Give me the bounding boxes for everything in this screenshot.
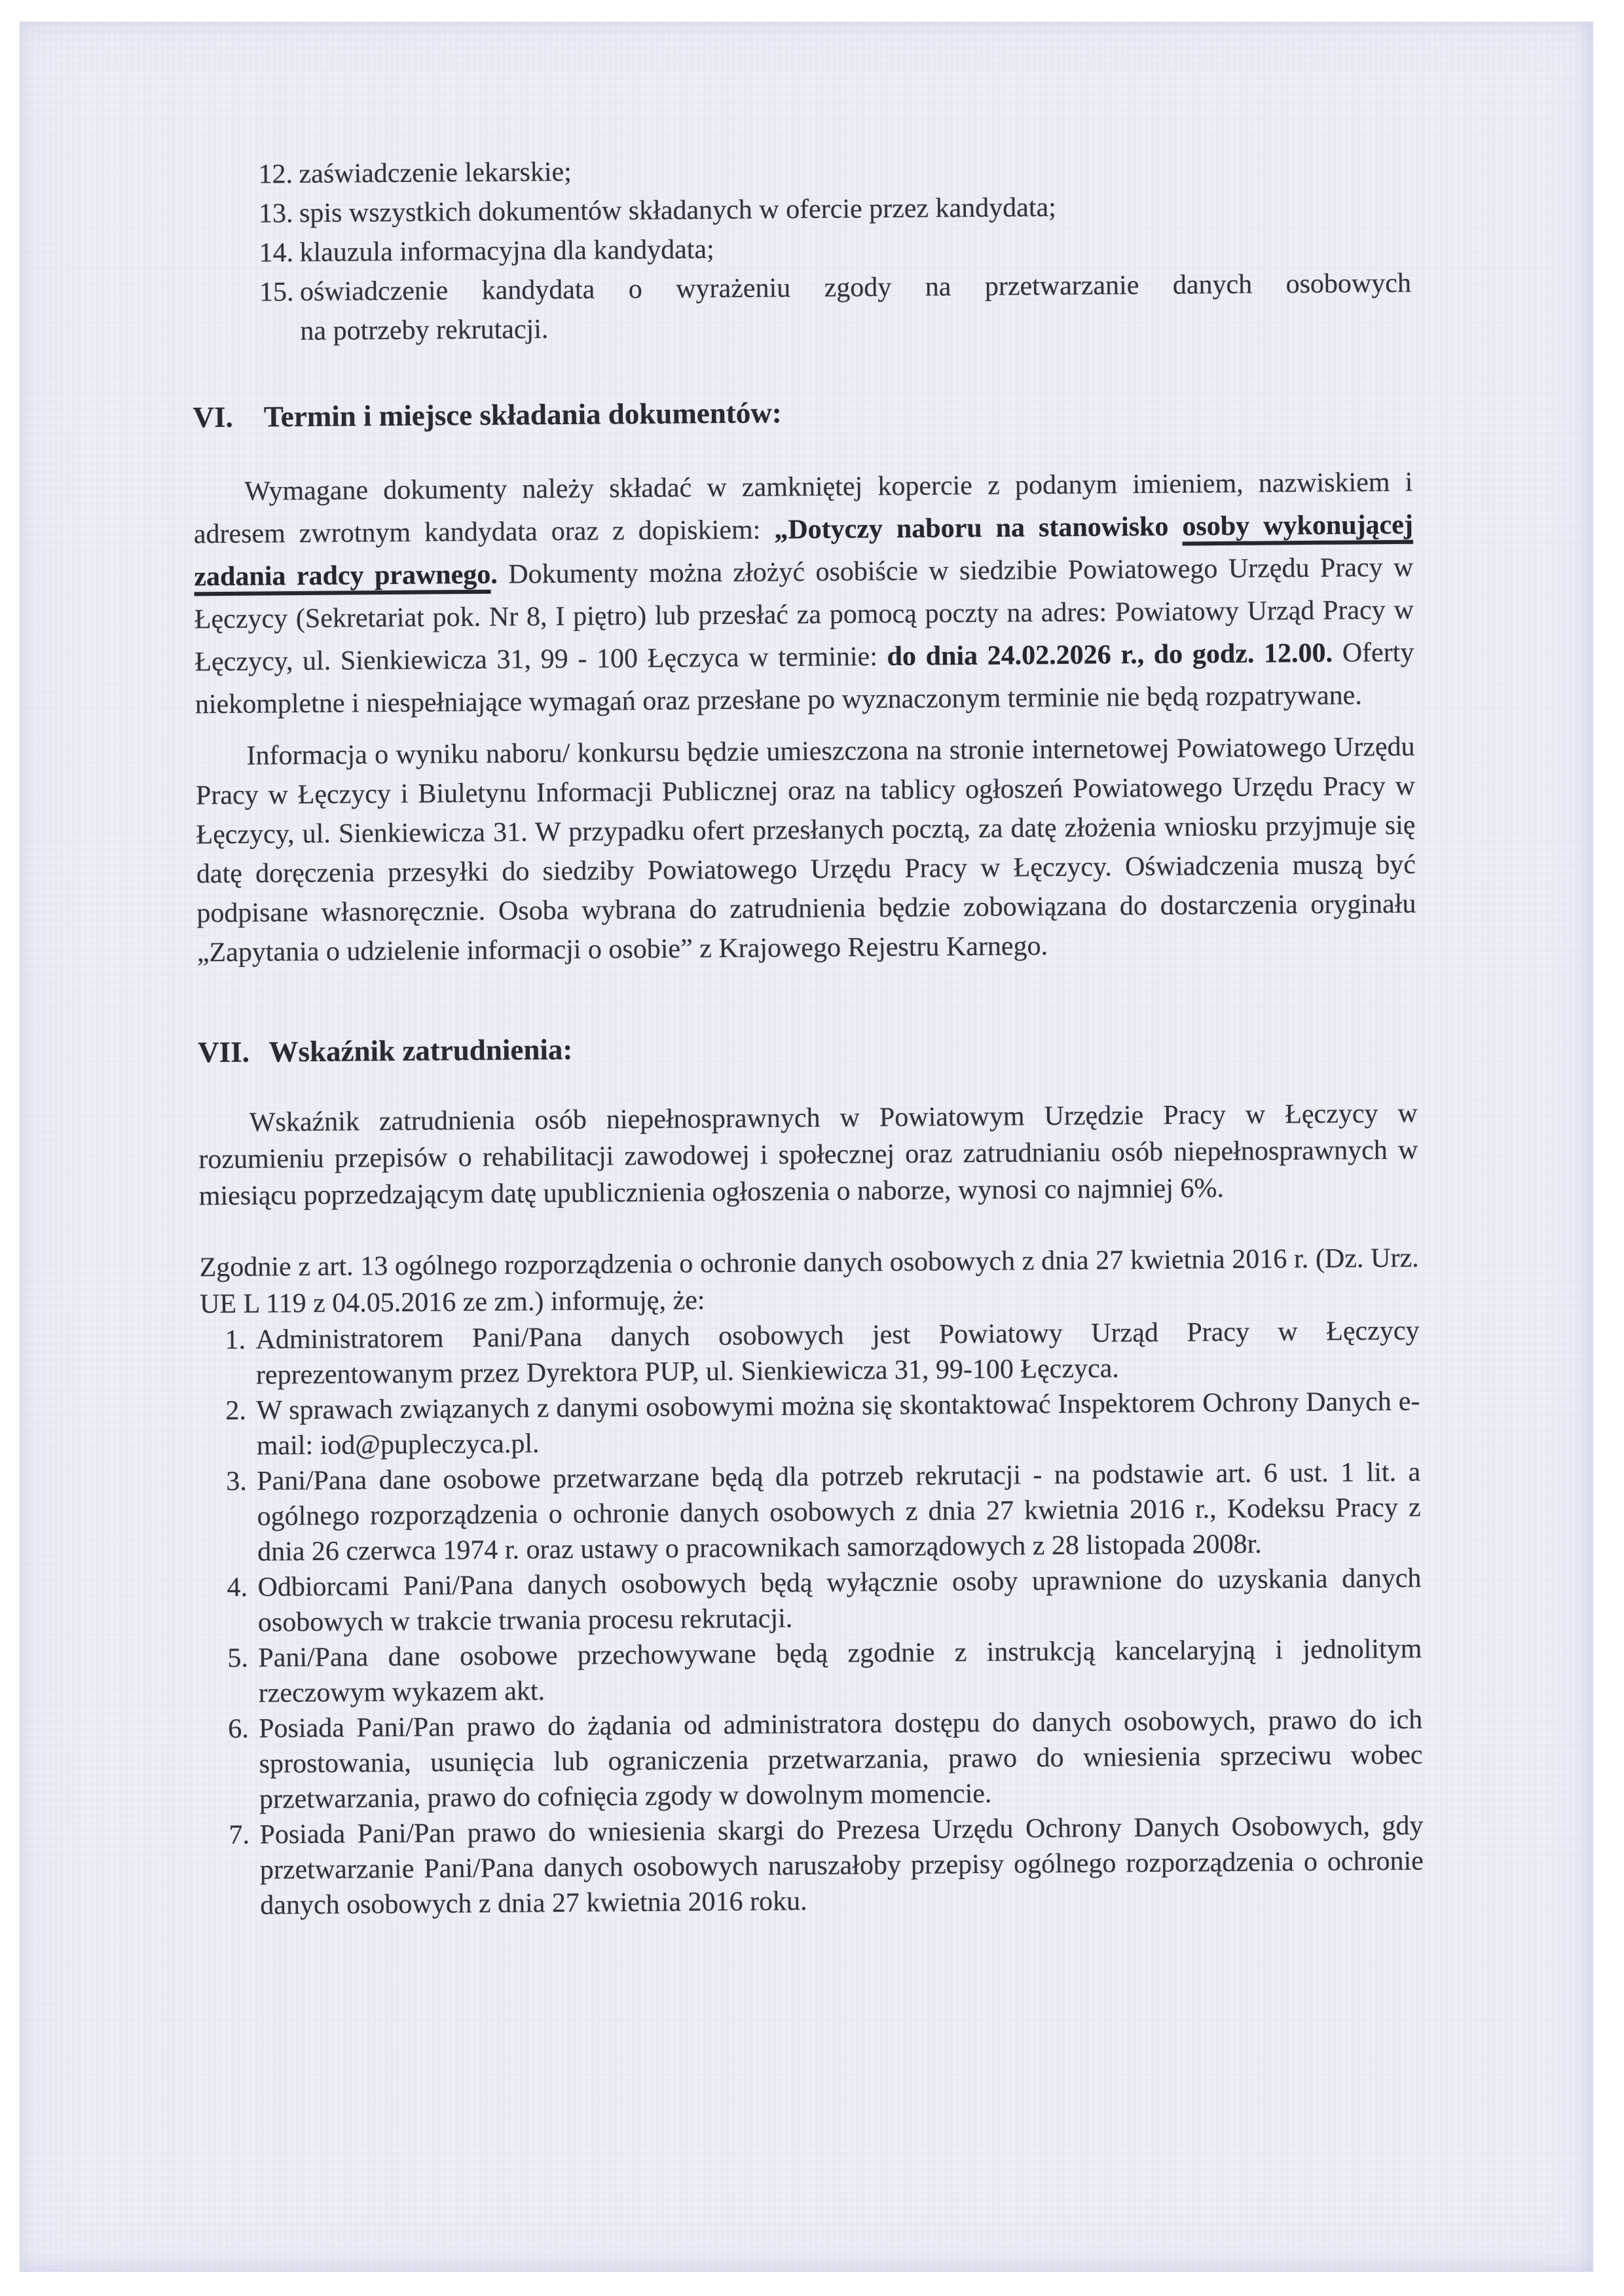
list-number: 3. — [226, 1464, 247, 1499]
rodo-item-3: 3. Pani/Pana dane osobowe przetwarzane b… — [201, 1455, 1421, 1571]
para1-deadline-bold: do dnia 24.02.2026 r., do godz. 12.00. — [887, 638, 1333, 672]
section-vii-paragraph: Wskaźnik zatrudnienia osób niepełnospraw… — [198, 1095, 1418, 1215]
list-number: 1. — [225, 1322, 246, 1358]
list-number: 15. — [259, 272, 294, 312]
list-number: 13. — [259, 194, 293, 233]
list-number: 14. — [259, 233, 293, 272]
required-documents-list: 12. zaświadczenie lekarskie; 13. spis ws… — [191, 146, 1411, 352]
list-item-15: 15. oświadczenie kandydata o wyrażeniu z… — [192, 264, 1412, 352]
rodo-item-4: 4. Odbiorcami Pani/Pana danych osobowych… — [202, 1561, 1422, 1641]
list-item-line-2: na potrzeby rekrutacji. — [300, 314, 548, 346]
section-vii-heading: VII. Wskaźnik zatrudnienia: — [198, 1023, 1417, 1072]
section-vi-title: Termin i miejsce składania dokumentów: — [264, 396, 782, 433]
rodo-item-text: Posiada Pani/Pan prawo do żądania od adm… — [259, 1705, 1423, 1815]
rodo-item-text: Pani/Pana dane osobowe przechowywane będ… — [258, 1634, 1422, 1709]
section-vii-number: VII. — [198, 1032, 262, 1072]
section-vi-number: VI. — [193, 397, 257, 437]
rodo-item-6: 6. Posiada Pani/Pan prawo do żądania od … — [203, 1702, 1423, 1818]
rodo-intro-paragraph: Zgodnie z art. 13 ogólnego rozporządzeni… — [199, 1240, 1419, 1323]
list-item-text: spis wszystkich dokumentów składanych w … — [299, 192, 1056, 228]
list-number: 6. — [228, 1711, 249, 1747]
section-vi-heading: VI. Termin i miejsce składania dokumentó… — [193, 388, 1412, 437]
document-content: 12. zaświadczenie lekarskie; 13. spis ws… — [190, 17, 1424, 1924]
rodo-item-text: Posiada Pani/Pan prawo do wniesienia ska… — [259, 1811, 1424, 1921]
list-number: 2. — [225, 1393, 246, 1429]
list-number: 12. — [258, 155, 293, 194]
section-vi-paragraph-2: Informacja o wyniku naboru/ konkursu będ… — [195, 727, 1416, 973]
rodo-item-text: Odbiorcami Pani/Pana danych osobowych bę… — [257, 1563, 1421, 1638]
rodo-item-text: W sprawach związanych z danymi osobowymi… — [256, 1387, 1420, 1461]
list-item-text: oświadczenie kandydata o wyrażeniu zgody… — [300, 264, 1411, 346]
list-item-text: zaświadczenie lekarskie; — [299, 157, 572, 189]
section-vii-title: Wskaźnik zatrudnienia: — [268, 1033, 572, 1068]
para1-bold-text: „Dotyczy naboru na stanowisko — [774, 511, 1182, 545]
rodo-item-text: Pani/Pana dane osobowe przetwarzane będą… — [257, 1457, 1421, 1567]
rodo-item-text: Administratorem Pani/Pana danych osobowy… — [255, 1316, 1419, 1391]
list-item-text: klauzula informacyjna dla kandydata; — [299, 234, 714, 268]
list-number: 7. — [229, 1817, 249, 1853]
rodo-list: 1. Administratorem Pani/Pana danych osob… — [200, 1313, 1424, 1924]
scanned-document-paper: 12. zaświadczenie lekarskie; 13. spis ws… — [20, 22, 1593, 2272]
list-number: 5. — [227, 1641, 248, 1676]
section-vi-paragraph-1: Wymagane dokumenty należy składać w zamk… — [193, 462, 1414, 727]
rodo-item-7: 7. Posiada Pani/Pan prawo do wniesienia … — [204, 1808, 1424, 1924]
rodo-item-5: 5. Pani/Pana dane osobowe przechowywane … — [202, 1631, 1422, 1712]
list-number: 4. — [227, 1570, 248, 1605]
rodo-item-1: 1. Administratorem Pani/Pana danych osob… — [200, 1313, 1420, 1394]
rodo-item-2: 2. W sprawach związanych z danymi osobow… — [200, 1384, 1420, 1465]
para1-bold-period: . — [490, 560, 508, 590]
list-item-line-1: oświadczenie kandydata o wyrażeniu zgody… — [300, 264, 1411, 312]
